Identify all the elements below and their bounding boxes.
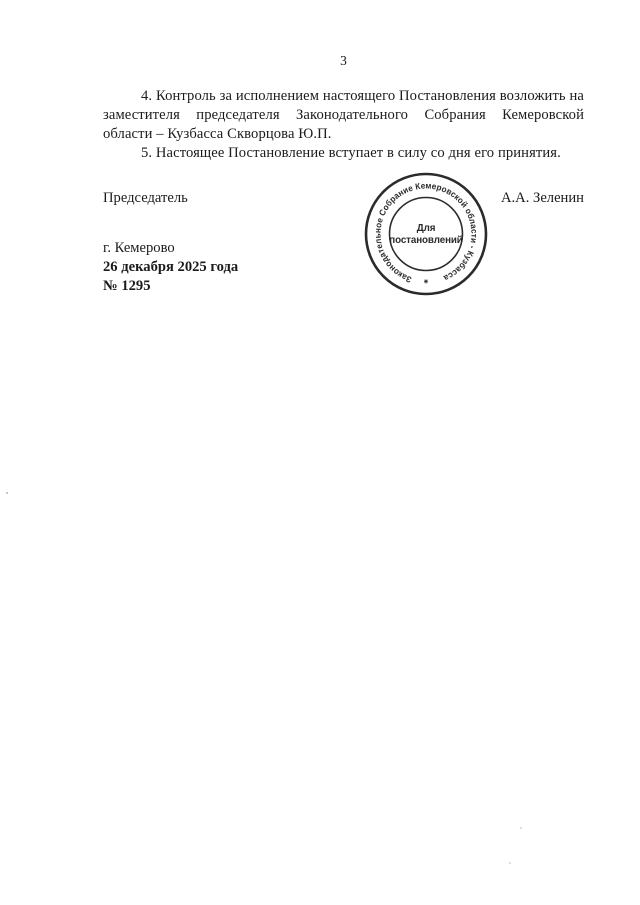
stamp-star-icon: * <box>423 273 428 285</box>
scan-speck <box>509 862 511 864</box>
signer-name: А.А. Зеленин <box>501 190 584 207</box>
scan-speck <box>520 827 522 829</box>
signer-title: Председатель <box>103 190 188 207</box>
footer-city: г. Кемерово <box>103 239 238 258</box>
official-stamp: Законодательное Собрание Кемеровской обл… <box>356 164 496 304</box>
paragraph-4-line-2: заместителя председателя Законодательног… <box>103 106 584 125</box>
scan-speck <box>6 492 8 494</box>
stamp-center-line-2: постановлений <box>389 235 463 246</box>
footer-number: № 1295 <box>103 277 238 296</box>
paragraph-4-line-3: области – Кузбасса Скворцова Ю.П. <box>103 125 584 144</box>
stamp-center-line-1: Для <box>417 223 436 234</box>
body-text: 4. Контроль за исполнением настоящего По… <box>103 87 584 163</box>
page-number: 3 <box>103 53 584 69</box>
paragraph-5: 5. Настоящее Постановление вступает в си… <box>103 144 584 163</box>
document-page: 3 4. Контроль за исполнением настоящего … <box>0 0 640 905</box>
footer-block: г. Кемерово 26 декабря 2025 года № 1295 <box>103 239 238 296</box>
stamp-inner-circle <box>390 198 463 271</box>
paragraph-4-line-1: 4. Контроль за исполнением настоящего По… <box>103 87 584 106</box>
footer-date: 26 декабря 2025 года <box>103 258 238 277</box>
